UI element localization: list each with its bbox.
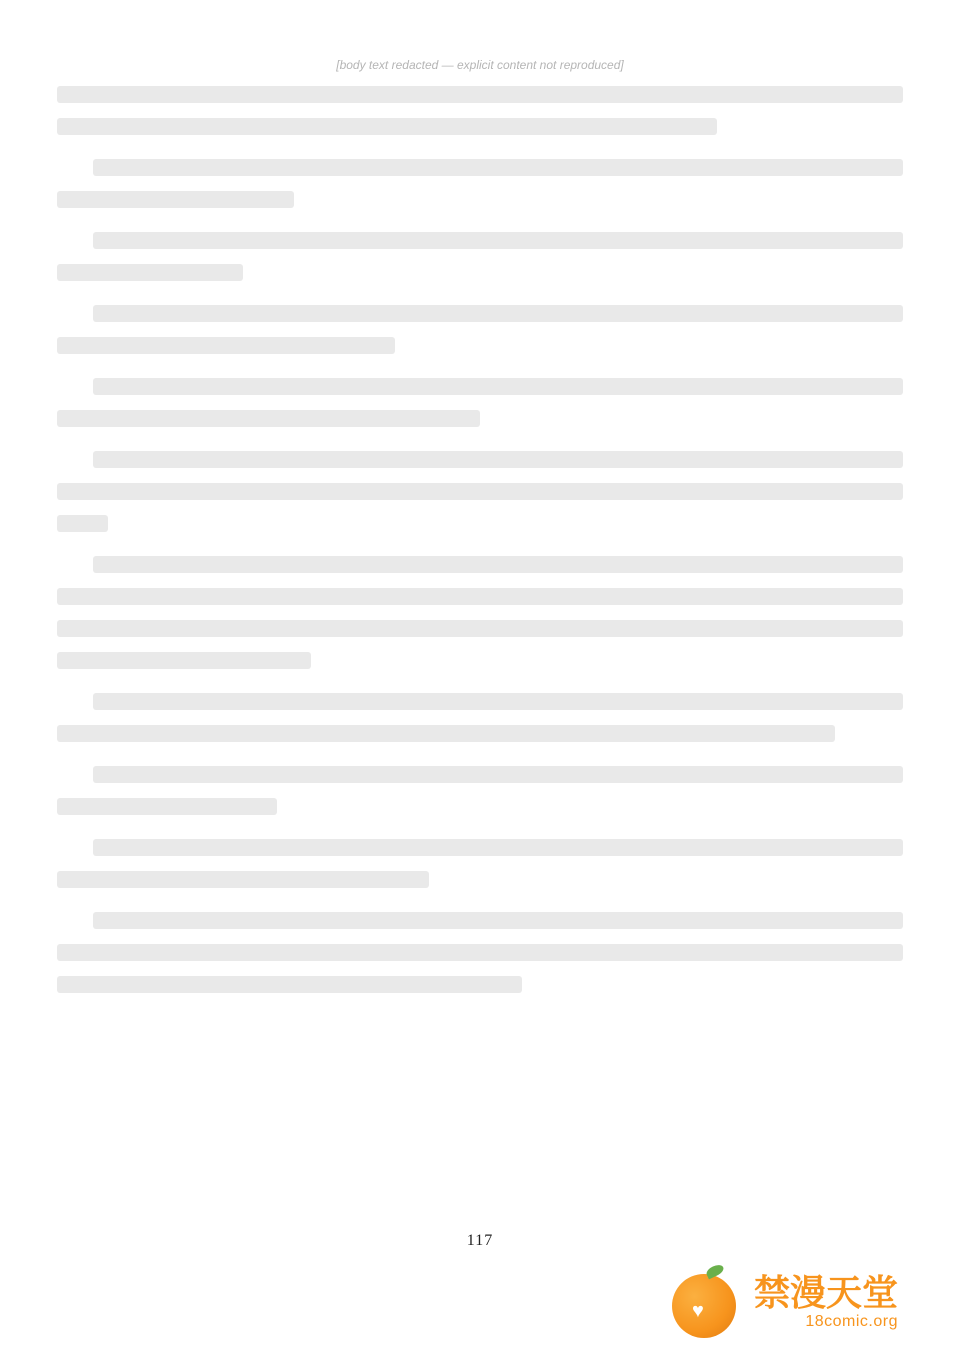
- redacted-line: [57, 588, 903, 605]
- page-number: 117: [0, 1232, 960, 1250]
- page-content: [body text redacted — explicit content n…: [57, 58, 903, 1017]
- site-name: 禁漫天堂: [754, 1273, 898, 1313]
- redacted-line: [57, 976, 522, 993]
- redaction-notice: [body text redacted — explicit content n…: [57, 58, 903, 72]
- redacted-paragraph: [57, 839, 903, 888]
- redacted-line: [93, 378, 903, 395]
- redacted-line: [57, 410, 480, 427]
- mascot-body: [672, 1274, 736, 1338]
- redacted-line: [57, 944, 903, 961]
- redacted-line: [57, 483, 903, 500]
- redacted-line: [57, 86, 903, 103]
- redacted-line: [93, 556, 903, 573]
- redacted-line: [93, 912, 903, 929]
- redacted-line: [57, 264, 243, 281]
- redacted-text-area: [57, 86, 903, 993]
- redacted-line: [93, 159, 903, 176]
- heart-icon: ♥: [692, 1300, 704, 1323]
- redacted-paragraph: [57, 159, 903, 208]
- redacted-paragraph: [57, 912, 903, 993]
- redacted-paragraph: [57, 378, 903, 427]
- redacted-line: [57, 191, 294, 208]
- redacted-line: [93, 766, 903, 783]
- redacted-paragraph: [57, 766, 903, 815]
- redacted-paragraph: [57, 86, 903, 135]
- site-watermark: ♥ 禁漫天堂 18comic.org: [672, 1266, 898, 1338]
- redacted-line: [57, 337, 395, 354]
- redacted-line: [57, 620, 903, 637]
- redacted-line: [93, 693, 903, 710]
- redacted-line: [57, 725, 835, 742]
- redacted-line: [57, 118, 717, 135]
- redacted-line: [93, 451, 903, 468]
- redacted-paragraph: [57, 556, 903, 669]
- watermark-text: 禁漫天堂 18comic.org: [754, 1273, 898, 1331]
- redacted-line: [57, 515, 108, 532]
- redacted-line: [93, 232, 903, 249]
- redacted-line: [57, 798, 277, 815]
- site-url: 18comic.org: [805, 1313, 898, 1331]
- mascot-icon: ♥: [672, 1266, 744, 1338]
- redacted-paragraph: [57, 693, 903, 742]
- redacted-paragraph: [57, 451, 903, 532]
- redacted-line: [57, 871, 429, 888]
- redacted-paragraph: [57, 305, 903, 354]
- redacted-line: [93, 839, 903, 856]
- redacted-line: [93, 305, 903, 322]
- redacted-line: [57, 652, 311, 669]
- document-page: [body text redacted — explicit content n…: [0, 0, 960, 1357]
- redacted-paragraph: [57, 232, 903, 281]
